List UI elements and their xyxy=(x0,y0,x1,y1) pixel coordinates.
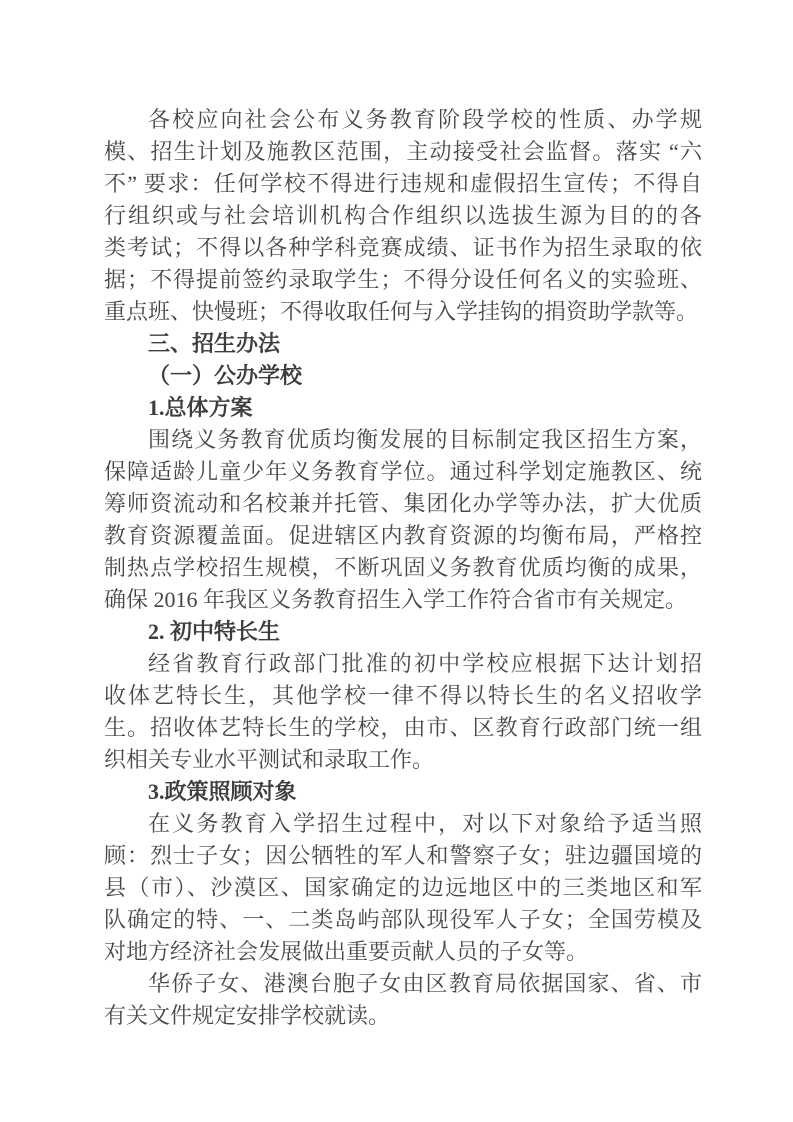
text-line: 行组织或与社会培训机构合作组织以选拔生源为目的的各 xyxy=(104,200,702,232)
text-line: 华侨子女、港澳台胞子女由区教育局依据国家、省、市 xyxy=(104,968,702,1000)
text-line: 据；不得提前签约录取学生；不得分设任何名义的实验班、 xyxy=(104,264,702,296)
heading-public-schools: （一）公办学校 xyxy=(104,360,702,392)
text-line: 围绕义务教育优质均衡发展的目标制定我区招生方案， xyxy=(104,424,702,456)
text-line: 经省教育行政部门批准的初中学校应根据下达计划招 xyxy=(104,648,702,680)
document-text-block: 各校应向社会公布义务教育阶段学校的性质、办学规 模、招生计划及施教区范围，主动接… xyxy=(104,104,702,1032)
text-line: 在义务教育入学招生过程中，对以下对象给予适当照 xyxy=(104,808,702,840)
text-line: 筹师资流动和名校兼并托管、集团化办学等办法，扩大优质 xyxy=(104,488,702,520)
text-line: 生。招收体艺特长生的学校，由市、区教育行政部门统一组 xyxy=(104,712,702,744)
text-line: 对地方经济社会发展做出重要贡献人员的子女等。 xyxy=(104,936,702,968)
text-line: 各校应向社会公布义务教育阶段学校的性质、办学规 xyxy=(104,104,702,136)
text-line: 顾：烈士子女；因公牺牲的军人和警察子女；驻边疆国境的 xyxy=(104,840,702,872)
text-line: 确保 2016 年我区义务教育招生入学工作符合省市有关规定。 xyxy=(104,584,702,616)
text-line: 保障适龄儿童少年义务教育学位。通过科学划定施教区、统 xyxy=(104,456,702,488)
text-line: 类考试；不得以各种学科竞赛成绩、证书作为招生录取的依 xyxy=(104,232,702,264)
text-line: 模、招生计划及施教区范围，主动接受社会监督。落实 “六 xyxy=(104,136,702,168)
text-line: 织相关专业水平测试和录取工作。 xyxy=(104,744,702,776)
text-line: 队确定的特、一、二类岛屿部队现役军人子女；全国劳模及 xyxy=(104,904,702,936)
heading-enrollment-methods: 三、招生办法 xyxy=(104,328,702,360)
heading-overall-plan: 1.总体方案 xyxy=(104,392,702,424)
text-line: 重点班、快慢班；不得收取任何与入学挂钩的捐资助学款等。 xyxy=(104,296,702,328)
text-line: 不” 要求：任何学校不得进行违规和虚假招生宣传；不得自 xyxy=(104,168,702,200)
document-page: 各校应向社会公布义务教育阶段学校的性质、办学规 模、招生计划及施教区范围，主动接… xyxy=(0,0,793,1122)
text-line: 有关文件规定安排学校就读。 xyxy=(104,1000,702,1032)
text-line: 县（市）、沙漠区、国家确定的边远地区中的三类地区和军 xyxy=(104,872,702,904)
text-line: 教育资源覆盖面。促进辖区内教育资源的均衡布局，严格控 xyxy=(104,520,702,552)
text-line: 收体艺特长生，其他学校一律不得以特长生的名义招收学 xyxy=(104,680,702,712)
text-line: 制热点学校招生规模，不断巩固义务教育优质均衡的成果， xyxy=(104,552,702,584)
heading-policy-care-targets: 3.政策照顾对象 xyxy=(104,776,702,808)
heading-middle-school-special-students: 2. 初中特长生 xyxy=(104,616,702,648)
